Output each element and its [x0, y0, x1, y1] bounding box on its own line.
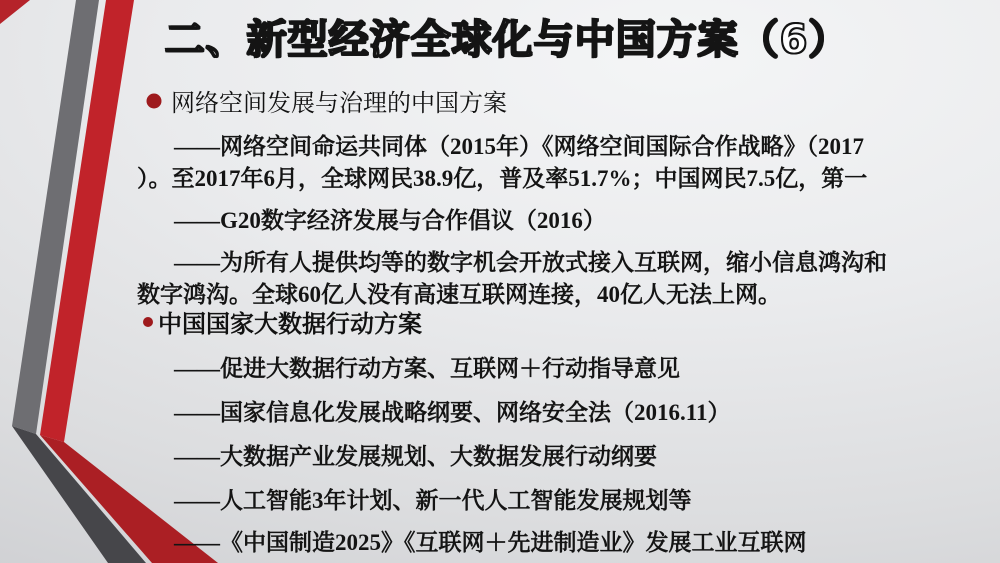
- slide-title: 二、新型经济全球化与中国方案（6）: [0, 8, 1000, 65]
- body-line-g20-initiative: ——G20数字经济发展与合作倡议（2016）: [174, 202, 606, 235]
- bullet-dot-icon: [142, 316, 154, 328]
- body-line-ai-plan: ——人工智能3年计划、新一代人工智能发展规划等: [174, 482, 692, 515]
- bullet-dot-circle: [143, 317, 153, 327]
- body-line-big-data-industry: ——大数据产业发展规划、大数据发展行动纲要: [174, 438, 657, 471]
- body-line-digital-access: ——为所有人提供均等的数字机会开放式接入互联网，缩小信息鸿沟和: [174, 244, 887, 277]
- bullet-item-label: 网络空间发展与治理的中国方案: [171, 83, 507, 118]
- presentation-slide: 二、新型经济全球化与中国方案（6） 网络空间发展与治理的中国方案 ——网络空间命…: [0, 0, 1000, 563]
- bullet-dot-circle: [147, 93, 162, 108]
- body-line-made-in-china-2025: ——《中国制造2025》《互联网＋先进制造业》发展工业互联网: [174, 524, 807, 557]
- bullet-item-network-space: 网络空间发展与治理的中国方案: [146, 83, 507, 118]
- body-line-big-data-action: ——促进大数据行动方案、互联网＋行动指导意见: [174, 350, 680, 383]
- body-line-cyberspace-community: ——网络空间命运共同体（2015年）《网络空间国际合作战略》（2017: [174, 128, 864, 161]
- bullet-item-label: 中国国家大数据行动方案: [158, 304, 422, 339]
- bullet-dot-icon: [146, 93, 162, 109]
- bullet-item-big-data-plan: 中国国家大数据行动方案: [142, 304, 422, 339]
- body-line-netizen-stats: ）。至2017年6月，全球网民38.9亿，普及率51.7%；中国网民7.5亿，第…: [137, 160, 867, 193]
- body-line-cybersecurity-law: ——国家信息化发展战略纲要、网络安全法（2016.11）: [174, 394, 730, 427]
